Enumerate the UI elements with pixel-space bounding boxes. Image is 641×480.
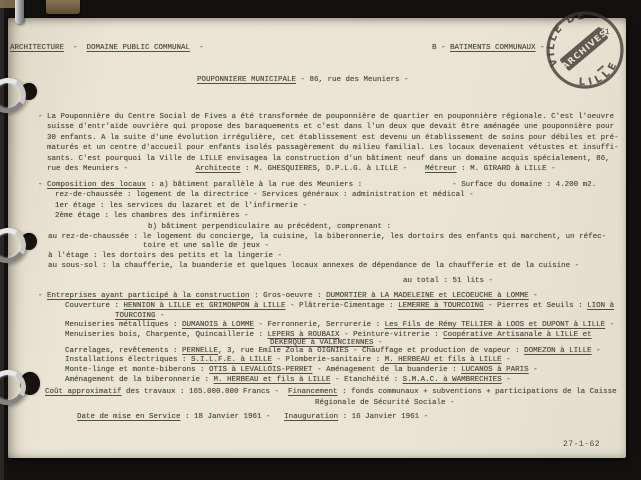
dates-service-inauguration: Date de mise en Service : 18 Janvier 196… (77, 413, 428, 422)
text-segment: - (190, 44, 204, 52)
text-segment: : 16 Janvier 1961 - (338, 413, 428, 421)
text-segment: - (592, 347, 601, 355)
text-segment: POUPONNIERE MUNICIPALE (197, 76, 296, 84)
footer-date: 27-1-62 (563, 440, 600, 449)
text-segment: Les Fils de Rémy TELLIER à LOOS et DUPON… (385, 321, 606, 329)
text-segment: des travaux : 165.000.000 Francs - (122, 388, 289, 396)
text-segment: Métreur (425, 165, 457, 173)
text-segment: - Plomberie-sanitaire : (272, 356, 385, 364)
text-segment: : M. GHESQUIERES, D.P.L.G. à LILLE - (241, 165, 426, 173)
header-right: B - BATIMENTS COMMUNAUX - (432, 44, 545, 53)
text-segment: Architecte (196, 165, 241, 173)
text-segment: - (38, 181, 47, 189)
paragraph-intro-line1: - La Pouponnière du Centre Social de Fiv… (38, 113, 614, 122)
binder-clamp-icon (46, 0, 80, 14)
text-segment: - (502, 376, 511, 384)
stamp-center-text: ARCHIVES (560, 28, 609, 72)
paragraph-intro-line4: maturés et un centre d'accueil pour enfa… (47, 144, 619, 153)
scanned-archive-photo: { "document": { "page_number": "51", "fo… (0, 0, 641, 480)
paragraph-intro-line6: rue des Meuniers - Architecte : M. GHESQ… (47, 165, 556, 174)
text-segment: - Peinture-vitrerie : (340, 331, 444, 339)
text-segment: Coopérative Artisanale à LILLE et (443, 331, 592, 339)
text-segment: - Pierres et Seuils : (484, 302, 588, 310)
composition-etage2: 2ème étage : les chambres des infirmière… (55, 212, 249, 221)
total-lits: au total : 51 lits - (403, 277, 493, 286)
text-segment: : a) bâtiment parallèle à la rue des Meu… (146, 181, 362, 189)
text-segment: : fonds communaux + subventions + partic… (338, 388, 617, 396)
composition-b-soussol: au sous-sol : la chaufferie, la buanderi… (48, 262, 579, 271)
header-left: ARCHITECTURE - DOMAINE PUBLIC COMMUNAL - (10, 44, 204, 53)
text-segment: suisse d'entr'aide ouvrière qui propose … (47, 123, 614, 131)
binder-rod-icon (15, 0, 24, 24)
text-segment: DUMORTIER à LA MADELEINE et LECOEUCHE à … (326, 292, 529, 300)
paragraph-intro-line2: suisse d'entr'aide ouvrière qui propose … (47, 123, 614, 132)
entreprises-biberonnerie: Aménagement de la biberonnerie : M. HERB… (65, 376, 511, 385)
text-segment: - 86, rue des Meuniers - (296, 76, 409, 84)
text-segment: PERNELLE (182, 347, 218, 355)
text-segment: toire et une salle de jeux - (143, 242, 269, 250)
text-segment: , 3, rue Emile Zola à OIGNIES - Chauffag… (218, 347, 524, 355)
text-segment: - (605, 321, 614, 329)
text-segment: HENNION à LILLE et GRIMONPON à LILLE (124, 302, 286, 310)
binder-ring-bottom (0, 368, 44, 402)
text-segment: TOURCOING (115, 312, 156, 320)
binder-ring-top (0, 76, 44, 110)
text-segment: 2ème étage : les chambres des infirmière… (55, 212, 249, 220)
text-segment: DOMAINE PUBLIC COMMUNAL (87, 44, 191, 52)
text-segment: 1er étage : les services du lazaret et d… (55, 202, 307, 210)
text-segment: OTIS à LEVALLOIS-PERRET (209, 366, 313, 374)
text-segment: Composition des locaux (47, 181, 146, 189)
text-segment: rez-de-chaussée : logement de la directr… (55, 191, 474, 199)
text-segment: B - (432, 44, 450, 52)
entreprises-couverture: Couverture : HENNION à LILLE et GRIMONPO… (65, 302, 614, 311)
text-segment: - Aménagement de la buanderie : (313, 366, 462, 374)
text-segment: au total : 51 lits - (403, 277, 493, 285)
text-segment: M. HERBEAU et fils à LILLE (385, 356, 502, 364)
text-segment: Régionale de Sécurité Sociale - (315, 399, 455, 407)
text-segment: S.M.A.C. à WAMBRECHIES (403, 376, 502, 384)
text-segment: - Ferronnerie, Serrurerie : (254, 321, 385, 329)
text-segment: S.I.L.F.E. à LILLE (191, 356, 272, 364)
text-segment: M. HERBEAU et fils à LILLE (214, 376, 331, 384)
entreprises-heading: - Entreprises ayant participé à la const… (38, 292, 538, 301)
text-segment: LUCANOS à PARIS (461, 366, 529, 374)
text-segment: Financement (288, 388, 338, 396)
text-segment: - (502, 356, 511, 364)
text-segment: : Gros-oeuvre : (250, 292, 327, 300)
paragraph-intro-line3: 30 enfants. A la suite d'une évolution i… (47, 134, 619, 143)
text-segment: maturés et un centre d'accueil pour enfa… (47, 144, 619, 152)
text-segment: rue des Meuniers - (47, 165, 196, 173)
text-segment: LEMERRE à TOURCOING (398, 302, 484, 310)
text-segment: sants. C'est pourquoi la Ville de LILLE … (47, 155, 610, 163)
text-segment: DUMANOIS à LOMME (182, 321, 254, 329)
text-segment: Installations électriques : (65, 356, 191, 364)
text-segment: à l'étage : les dortoirs des petits et l… (48, 252, 282, 260)
text-segment: - La Pouponnière du Centre Social de Fiv… (38, 113, 614, 121)
text-segment: au rez-de-chaussée : le logement du conc… (48, 233, 606, 241)
text-segment: - Etanchéité : (331, 376, 403, 384)
text-segment: ARCHITECTURE (10, 44, 64, 52)
text-segment: - Plâtrerie-Cimentage : (286, 302, 399, 310)
entreprises-menuiseries-metal: Menuiseries métalliques : DUMANOIS à LOM… (65, 321, 614, 330)
composition-rdc: rez-de-chaussée : logement de la directr… (55, 191, 474, 200)
text-segment: Inauguration (284, 413, 338, 421)
text-segment: - (529, 292, 538, 300)
text-segment: Menuiseries bois, Charpente, Quincailler… (65, 331, 268, 339)
text-segment: Monte-linge et monte-biberons : (65, 366, 209, 374)
text-segment: au sous-sol : la chaufferie, la buanderi… (48, 262, 579, 270)
paragraph-intro-line5: sants. C'est pourquoi la Ville de LILLE … (47, 155, 610, 164)
entreprises-monte-linge: Monte-linge et monte-biberons : OTIS à L… (65, 366, 538, 375)
text-segment: 30 enfants. A la suite d'une évolution i… (47, 134, 619, 142)
entreprises-carrelages: Carrelages, revêtements : PERNELLE, 3, r… (65, 347, 601, 356)
text-segment: - Surface du domaine : 4.200 m2. (362, 181, 596, 189)
composition-heading: - Composition des locaux : a) bâtiment p… (38, 181, 596, 190)
archives-stamp: VILLE DE LILLE ARCHIVES (537, 2, 633, 98)
composition-b-rdc: au rez-de-chaussée : le logement du conc… (48, 233, 606, 242)
text-segment: b) bâtiment perpendiculaire au précédent… (148, 223, 391, 231)
text-segment: Date de mise en Service (77, 413, 181, 421)
text-segment: Entreprises ayant participé à la constru… (47, 292, 250, 300)
text-segment: - (64, 44, 87, 52)
binder-ring-middle (0, 226, 44, 260)
document-title: POUPONNIERE MUNICIPALE - 86, rue des Meu… (197, 76, 409, 85)
text-segment: : 18 Janvier 1961 - (181, 413, 285, 421)
entreprises-couverture-suite: TOURCOING - (115, 312, 165, 321)
text-segment: DEKERQUE à VALENCIENNES (270, 339, 374, 347)
text-segment: Carrelages, revêtements : (65, 347, 182, 355)
text-segment: Couverture : (65, 302, 124, 310)
composition-b-rdc-suite: toire et une salle de jeux - (143, 242, 269, 251)
document-page: 51 VILLE DE LILLE ARCHIVES ARCHITECTURE … (8, 18, 626, 458)
text-segment: Aménagement de la biberonnerie : (65, 376, 214, 384)
text-segment: BATIMENTS COMMUNAUX (450, 44, 536, 52)
text-segment: - (374, 339, 383, 347)
text-segment: LEPERS à ROUBAIX (268, 331, 340, 339)
text-segment: - (156, 312, 165, 320)
entreprises-electricite: Installations électriques : S.I.L.F.E. à… (65, 356, 511, 365)
cout-financement-suite: Régionale de Sécurité Sociale - (315, 399, 455, 408)
text-segment: Coût approximatif (45, 388, 122, 396)
composition-batiment-b: b) bâtiment perpendiculaire au précédent… (148, 223, 391, 232)
text-segment: - (536, 44, 545, 52)
text-segment: : M. GIRARD à LILLE - (457, 165, 556, 173)
text-segment: Menuiseries métalliques : (65, 321, 182, 329)
composition-etage1: 1er étage : les services du lazaret et d… (55, 202, 307, 211)
text-segment: DOMEZON à LILLE (524, 347, 592, 355)
text-segment: - (529, 366, 538, 374)
text-segment: LION à (587, 302, 614, 310)
composition-b-etage: à l'étage : les dortoirs des petits et l… (48, 252, 282, 261)
cout-financement: Coût approximatif des travaux : 165.000.… (45, 388, 617, 397)
text-segment: - (38, 292, 47, 300)
